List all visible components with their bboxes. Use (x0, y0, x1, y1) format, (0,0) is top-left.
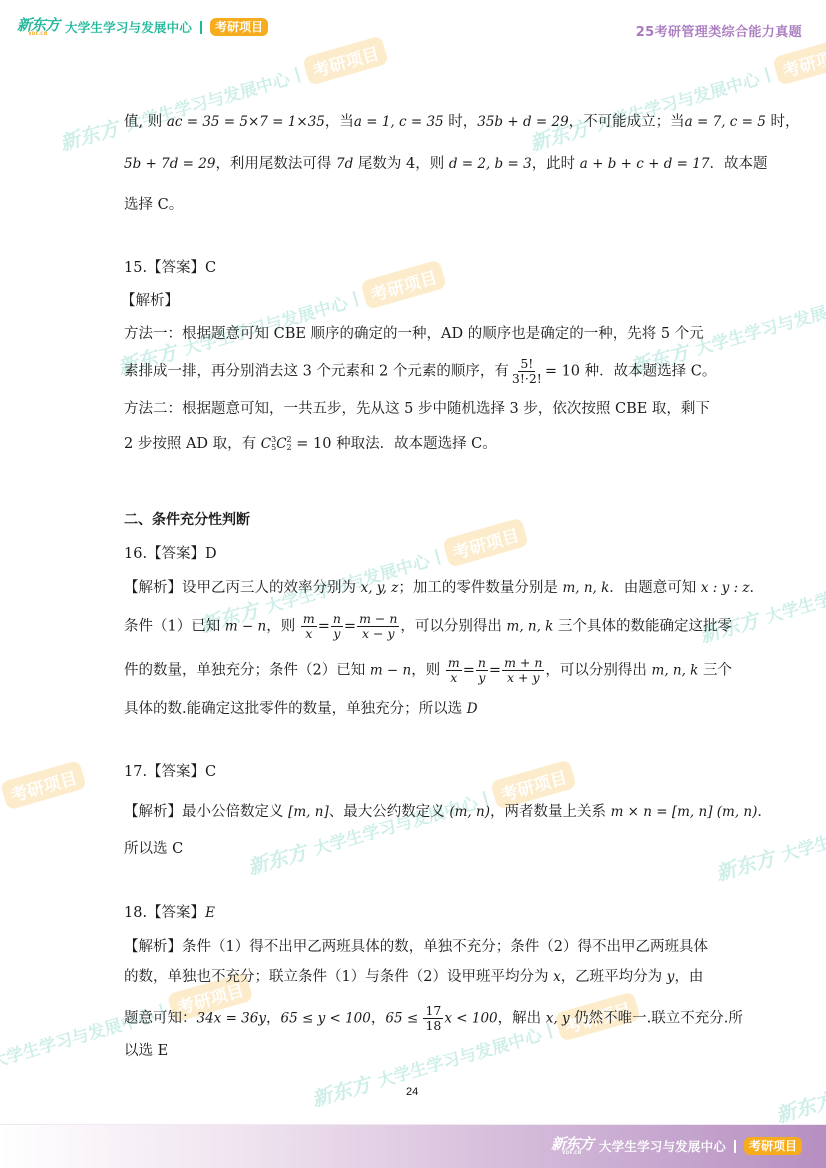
text: 三个 (698, 663, 732, 679)
text: ，可以分别得出 (545, 663, 651, 679)
text: 三个具体的数能确定这批零 (553, 619, 732, 635)
q16-line-2: 条件（1）已知 m − n，则 mx=ny=m − nx − y，可以分别得出 … (124, 612, 732, 641)
program-badge: 考研项目 (210, 18, 268, 36)
math: x : y : z (701, 580, 750, 596)
q17-line-2: 所以选 C (124, 839, 183, 859)
numerator: m + n (502, 656, 544, 671)
text: 尾数为 4，则 (353, 156, 449, 172)
q18-answer: 18.【答案】E (124, 903, 215, 923)
math: m, n, k (562, 580, 609, 596)
logo-domain: XDF.CN (562, 1151, 581, 1155)
q15-method2-line1: 方法二：根据题意可知，一共五步，先从这 5 步中随机选择 3 步，依次按照 CB… (124, 399, 710, 419)
watermark: 新东方 (772, 1084, 826, 1128)
text: ， (371, 1011, 386, 1027)
math: = 10 (292, 436, 332, 452)
text: 素排成一排，再分别消去这 3 个元素和 2 个元素的顺序，有 (124, 364, 509, 380)
watermark-divider (352, 290, 358, 306)
numerator: m (301, 612, 317, 627)
text: 、最大公约数定义 (329, 804, 450, 820)
numerator: n (476, 656, 488, 671)
watermark-logo: 新东方 (772, 1084, 826, 1128)
math: x (553, 969, 561, 985)
watermark-badge: 考研项目 (0, 760, 87, 810)
text: 种取法．故本题选择 C。 (331, 436, 496, 452)
watermark-text: 大学生学习与发展中心 (778, 795, 826, 866)
q15-method2-line2: 2 步按照 AD 取，有 C35C22 = 10 种取法．故本题选择 C。 (124, 434, 497, 454)
q18-line-4: 以选 E (124, 1041, 168, 1061)
text: ，则 (266, 619, 300, 635)
math: d = 2, b = 3 (449, 156, 532, 172)
footer-brand: 新东方 XDF.CN 大学生学习与发展中心 考研项目 (551, 1137, 802, 1155)
math: ac = 35 = 5×7 = 1×35 (167, 114, 325, 130)
text: 仍然不唯一.联立不充分.所 (570, 1011, 743, 1027)
watermark-logo: 新东方 (244, 836, 310, 880)
page-footer: 新东方 XDF.CN 大学生学习与发展中心 考研项目 (0, 1124, 826, 1168)
text: 【解析】最小公倍数定义 (124, 804, 288, 820)
watermark-divider (294, 66, 300, 82)
text: 选择 C。 (124, 197, 183, 213)
watermark-text: 大学生学习与发展中心 (692, 289, 826, 360)
numerator: n (331, 612, 343, 627)
math: 65 ≤ y < 100 (281, 1011, 371, 1027)
q16-line-3: 件的数量，单独充分；条件（2）已知 m − n，则 mx=ny=m + nx +… (124, 656, 732, 685)
q16-line-1: 【解析】设甲乙丙三人的效率分别为 x, y, z；加工的零件数量分别是 m, n… (124, 578, 764, 598)
page-number: 24 (406, 1086, 418, 1098)
q16-answer: 16.【答案】D (124, 544, 217, 564)
math: E (205, 905, 215, 921)
text: 时， (766, 114, 800, 130)
text: ；加工的零件数量分别是 (398, 580, 562, 596)
math: x, y, z (361, 580, 399, 596)
numerator: m − n (357, 612, 399, 627)
program-badge: 考研项目 (744, 1137, 802, 1155)
watermark-divider (434, 548, 440, 564)
math: a = 1, c = 35 (354, 114, 444, 130)
org-name: 大学生学习与发展中心 (65, 18, 192, 36)
denominator: x − y (360, 627, 397, 641)
logo-domain: XDF.CN (28, 32, 47, 36)
watermark-logo: 新东方 (712, 842, 778, 886)
text: ．故本题 (709, 156, 767, 172)
denominator: y (331, 627, 342, 641)
watermark-badge: 考研项目 (442, 517, 529, 567)
page-header: 新东方 XDF.CN 大学生学习与发展中心 考研项目 25考研管理类综合能力真题 (0, 0, 826, 60)
text: ，由 (674, 969, 703, 985)
math: C (261, 436, 271, 452)
xdf-logo: 新东方 XDF.CN (551, 1137, 593, 1155)
watermark-logo: 新东方 (56, 112, 122, 156)
text: 值, 则 (124, 114, 167, 130)
fraction: ny (331, 612, 343, 641)
text: = 10 种．故本题选择 C。 (545, 364, 717, 380)
math: m − n (225, 619, 266, 635)
watermark: 考研项目 (0, 760, 87, 810)
math: 65 ≤ (385, 1011, 422, 1027)
text: 条件（1）已知 (124, 619, 225, 635)
denominator: y (476, 671, 487, 685)
math: C (276, 436, 286, 452)
text: ， (266, 1011, 281, 1027)
section-heading: 二、条件充分性判断 (124, 510, 250, 530)
math: a + b + c + d = 17 (580, 156, 710, 172)
math: m − n (370, 663, 411, 679)
text: ，利用尾数法可得 (215, 156, 336, 172)
text: ，可以分别得出 (400, 619, 506, 635)
fraction: m − nx − y (357, 612, 399, 641)
document-title: 25考研管理类综合能力真题 (636, 21, 802, 40)
fraction: 5!3!·2! (510, 357, 544, 386)
header-brand: 新东方 XDF.CN 大学生学习与发展中心 考研项目 (17, 18, 268, 36)
fraction: 1718 (423, 1004, 443, 1033)
text: 2 步按照 AD 取，有 (124, 436, 261, 452)
org-name: 大学生学习与发展中心 (599, 1137, 726, 1155)
q17-answer: 17.【答案】C (124, 762, 216, 782)
fraction: m + nx + y (502, 656, 544, 685)
watermark-text: 大学生学习与发展中心 (310, 789, 480, 860)
q18-line-3: 题意可知：34x = 36y，65 ≤ y < 100，65 ≤ 1718x <… (124, 1004, 743, 1033)
math: [m, n] (288, 804, 329, 820)
q15-method1-line2: 素排成一排，再分别消去这 3 个元素和 2 个元素的顺序，有5!3!·2!= 1… (124, 357, 716, 386)
q18-line-2: 的数，单独也不充分；联立条件（1）与条件（2）设甲班平均分为 x，乙班平均分为 … (124, 967, 703, 987)
numerator: 5! (518, 357, 535, 372)
q15-answer: 15.【答案】C (124, 258, 216, 278)
text: ，此时 (532, 156, 580, 172)
denominator: x + y (505, 671, 542, 685)
numerator: 17 (423, 1004, 443, 1019)
watermark-logo: 新东方 (308, 1068, 374, 1112)
watermark-text: 大学生学习与发展中心 (762, 557, 826, 628)
math: 7d (336, 156, 353, 172)
q15-method1-line1: 方法一：根据题意可知 CBE 顺序的确定的一种，AD 的顺序也是确定的一种，先将… (124, 324, 704, 344)
text: 【解析】设甲乙丙三人的效率分别为 (124, 580, 361, 596)
fraction: mx (446, 656, 462, 685)
math: m, n, k (652, 663, 699, 679)
math: m, n, k (507, 619, 554, 635)
q14-line-1: 值, 则 ac = 35 = 5×7 = 1×35，当a = 1, c = 35… (124, 112, 799, 132)
q18-line-1: 【解析】条件（1）得不出甲乙两班具体的数，单独不充分；条件（2）得不出甲乙两班具… (124, 937, 708, 957)
denominator: x (303, 627, 314, 641)
text: 件的数量，单独充分；条件（2）已知 (124, 663, 370, 679)
q17-line-1: 【解析】最小公倍数定义 [m, n]、最大公约数定义 (m, n)，两者数量上关… (124, 802, 772, 822)
text: 的数，单独也不充分；联立条件（1）与条件（2）设甲班平均分为 (124, 969, 553, 985)
brand-divider (734, 1140, 736, 1153)
text: ，当 (325, 114, 354, 130)
denominator: 3!·2! (510, 372, 544, 386)
text: ，解出 (498, 1011, 546, 1027)
text: ，两者数量上关系 (490, 804, 611, 820)
math: m × n = [m, n] (m, n) (611, 804, 758, 820)
fraction: mx (301, 612, 317, 641)
text: 题意可知： (124, 1011, 197, 1027)
text: ． (750, 580, 765, 596)
text: ． (757, 804, 772, 820)
q15-analysis-label: 【解析】 (121, 291, 179, 311)
math: x, y (546, 1011, 570, 1027)
q14-line-2: 5b + 7d = 29，利用尾数法可得 7d 尾数为 4，则 d = 2, b… (124, 154, 767, 174)
fraction: ny (476, 656, 488, 685)
text: 时， (444, 114, 478, 130)
numerator: m (446, 656, 462, 671)
text: 18.【答案】 (124, 905, 205, 921)
q14-line-3: 选择 C。 (124, 195, 183, 215)
q16-line-4: 具体的数.能确定这批零件的数量，单独充分；所以选 D (124, 699, 478, 719)
math: (m, n) (449, 804, 490, 820)
watermark-divider (764, 66, 770, 82)
math: a = 7, c = 5 (685, 114, 766, 130)
text: ，不可能成立；当 (569, 114, 685, 130)
text: 具体的数.能确定这批零件的数量，单独充分；所以选 (124, 701, 467, 717)
watermark-badge: 考研项目 (360, 259, 447, 309)
math: 34x = 36y (197, 1011, 267, 1027)
math: 5b + 7d = 29 (124, 156, 215, 172)
text: ．由题意可知 (609, 580, 701, 596)
denominator: 18 (423, 1019, 443, 1033)
text: ，乙班平均分为 (561, 969, 667, 985)
brand-divider (200, 21, 202, 34)
math: 35b + d = 29 (477, 114, 568, 130)
text: ，则 (411, 663, 445, 679)
math: D (467, 701, 478, 717)
denominator: x (448, 671, 459, 685)
math: x < 100 (444, 1011, 497, 1027)
xdf-logo: 新东方 XDF.CN (17, 18, 59, 36)
